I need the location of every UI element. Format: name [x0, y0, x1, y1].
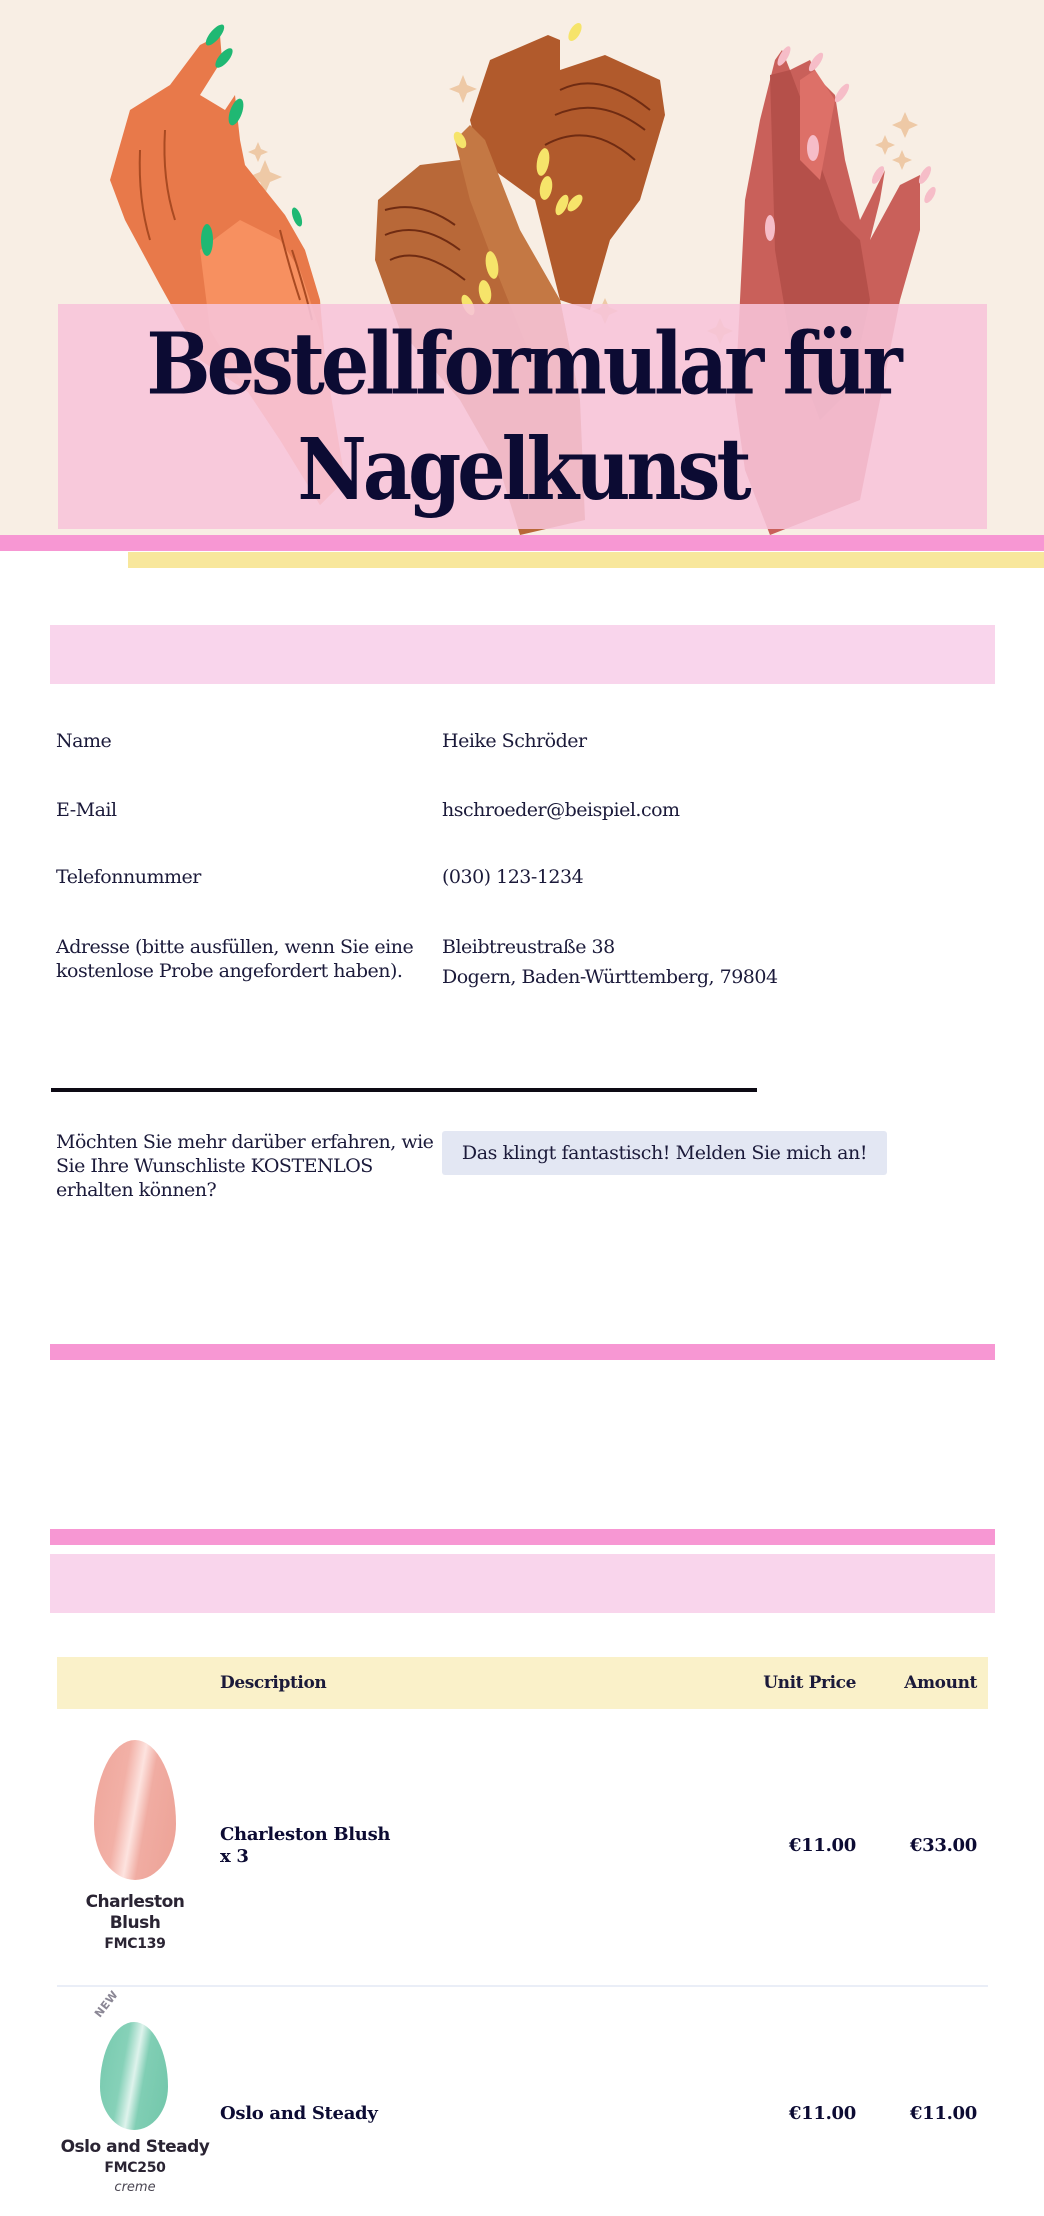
- item-description: Oslo and Steady: [220, 2103, 378, 2125]
- item-quantity: x 3: [220, 1846, 390, 1868]
- swatch-name: Oslo and Steady: [55, 2137, 215, 2158]
- item-name: Charleston Blush: [220, 1824, 390, 1846]
- section-divider: [51, 1088, 757, 1092]
- item-amount: €11.00: [837, 2103, 977, 2125]
- swatch-finish: creme: [55, 2180, 215, 2195]
- page-title-line-1: Bestellformular für: [146, 313, 898, 413]
- column-header-description: Description: [220, 1657, 326, 1709]
- decorative-pink-bar: [50, 1344, 995, 1360]
- swatch-name-line-1: Charleston: [60, 1892, 210, 1913]
- value-email: hschroeder@beispiel.com: [442, 798, 1002, 822]
- value-address: Bleibtreustraße 38 Dogern, Baden-Württem…: [442, 935, 1002, 989]
- item-amount: €33.00: [837, 1835, 977, 1857]
- item-unit-price: €11.00: [716, 1835, 856, 1857]
- label-phone: Telefonnummer: [56, 865, 426, 889]
- address-line-2: Dogern, Baden-Württemberg, 79804: [442, 965, 1002, 989]
- section-header-order: [50, 1554, 995, 1613]
- swatch-code: FMC139: [60, 1934, 210, 1954]
- decorative-pink-bar: [50, 1529, 995, 1545]
- decorative-pink-stripe: [0, 535, 1044, 551]
- item-unit-price: €11.00: [716, 2103, 856, 2125]
- item-description: Charleston Blush x 3: [220, 1824, 390, 1868]
- address-line-1: Bleibtreustraße 38: [442, 936, 615, 958]
- swatch-caption: Charleston Blush FMC139: [60, 1892, 210, 1954]
- label-name: Name: [56, 729, 426, 753]
- section-header-contact: [50, 625, 995, 684]
- label-address: Adresse (bitte ausfüllen, wenn Sie eine …: [56, 935, 416, 983]
- column-header-amount: Amount: [904, 1657, 977, 1709]
- page-title: Bestellformular für Nagelkunst: [146, 311, 898, 522]
- title-banner: Bestellformular für Nagelkunst: [58, 304, 987, 529]
- swatch-code: FMC250: [55, 2158, 215, 2178]
- swatch-name-line-2: Blush: [60, 1913, 210, 1934]
- wishlist-signup-button[interactable]: Das klingt fantastisch! Melden Sie mich …: [442, 1131, 887, 1175]
- swatch-caption: Oslo and Steady FMC250: [55, 2137, 215, 2178]
- item-name: Oslo and Steady: [220, 2103, 378, 2125]
- column-header-unit-price: Unit Price: [763, 1657, 856, 1709]
- order-table-header: Description Unit Price Amount: [57, 1657, 988, 1709]
- label-email: E-Mail: [56, 798, 426, 822]
- decorative-yellow-stripe: [128, 552, 1044, 568]
- hero-banner: Bestellformular für Nagelkunst: [0, 0, 1044, 535]
- row-divider: [57, 1985, 988, 1987]
- wishlist-question: Möchten Sie mehr darüber erfahren, wie S…: [56, 1130, 436, 1202]
- value-phone: (030) 123-1234: [442, 865, 1002, 889]
- value-name: Heike Schröder: [442, 729, 1002, 753]
- page-title-line-2: Nagelkunst: [297, 419, 747, 519]
